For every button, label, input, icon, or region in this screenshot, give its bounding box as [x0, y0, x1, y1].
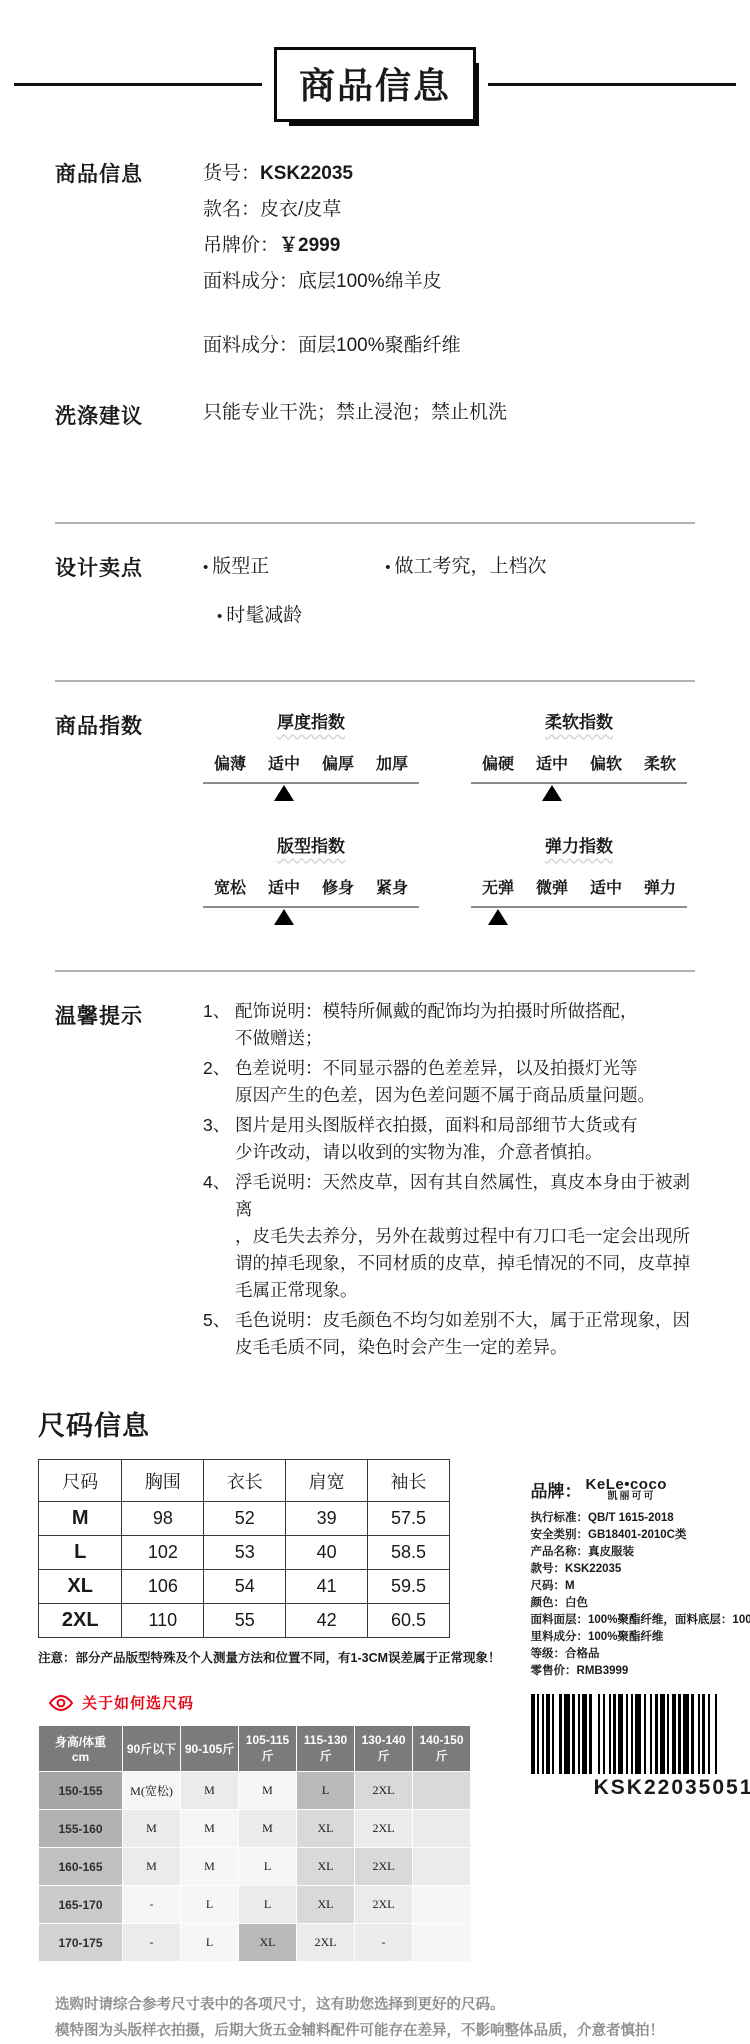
size-table-cell: 54 [204, 1570, 286, 1604]
brand-logo: KeLe•coco 凯丽可可 [586, 1477, 667, 1502]
design-bullets-row: •时髦减龄 [217, 599, 695, 634]
size-table-row: M98523957.5 [39, 1502, 450, 1536]
index-scale-option: 偏厚 [311, 751, 365, 774]
size-table-cell: 42 [286, 1604, 368, 1638]
guide-cell: - [355, 1924, 413, 1962]
index-scale-labels: 偏薄适中偏厚加厚 [203, 751, 419, 774]
guide-row-header: 170-175 [39, 1924, 123, 1962]
guide-header-cell: 105-115斤 [239, 1726, 297, 1772]
spec-line: 零售价：RMB3999 [531, 1663, 750, 1680]
guide-header-cell: 90斤以下 [123, 1726, 181, 1772]
index-marker-triangle-icon [274, 785, 294, 801]
tip-text-line: 不做赠送； [235, 1025, 695, 1052]
design-bullet: •做工考究，上档次 [385, 550, 546, 585]
size-table-cell: 102 [122, 1536, 204, 1570]
guide-cell: 2XL [355, 1848, 413, 1886]
guide-header-cell: 130-140斤 [355, 1726, 413, 1772]
guide-cell: M [181, 1810, 239, 1848]
barcode-bars [531, 1694, 750, 1774]
header-rule-right [488, 83, 736, 86]
size-table-cell: 2XL [39, 1604, 122, 1638]
tip-text-line: 原因产生的色差，因为色差问题不属于商品质量问题。 [235, 1082, 695, 1109]
size-table-cell: 39 [286, 1502, 368, 1536]
index-group: 柔软指数偏硬适中偏软柔软 [471, 708, 687, 806]
design-points-label: 设计卖点 [55, 550, 203, 634]
index-scale-option: 适中 [525, 751, 579, 774]
index-scale-option: 无弹 [471, 875, 525, 898]
spec-line: 颜色：白色 [531, 1595, 750, 1612]
guide-cell: M [123, 1810, 181, 1848]
spec-line: 里料成分：100%聚酯纤维 [531, 1629, 750, 1646]
guide-cell: L [181, 1924, 239, 1962]
tip-item: 4、浮毛说明：天然皮草，因有其自然属性，真皮本身由于被剥离，皮毛失去养分，另外在… [203, 1169, 695, 1304]
tip-text-line: 毛色说明：皮毛颜色不均匀如差别不大，属于正常现象，因 [235, 1307, 695, 1334]
guide-row-header: 160-165 [39, 1848, 123, 1886]
divider [55, 970, 695, 972]
tip-text-line: 皮毛毛质不同，染色时会产生一定的差异。 [235, 1334, 695, 1361]
size-table-cell: 55 [204, 1604, 286, 1638]
tip-number: 5、 [203, 1307, 235, 1361]
index-scale: 偏硬适中偏软柔软 [471, 751, 687, 806]
tip-text-line: 谓的掉毛现象，不同材质的皮草，掉毛情况的不同，皮草掉 [235, 1250, 695, 1277]
guide-cell: 2XL [355, 1886, 413, 1924]
tip-number: 2、 [203, 1055, 235, 1109]
size-table-header-cell: 胸围 [122, 1460, 204, 1502]
guide-cell: 2XL [355, 1810, 413, 1848]
section-tips: 温馨提示 1、配饰说明：模特所佩戴的配饰均为拍摄时所做搭配，不做赠送；2、色差说… [0, 998, 750, 1364]
product-info-row: 货号：KSK22035 [203, 156, 695, 192]
tip-text-line: 色差说明：不同显示器的色差差异，以及拍摄灯光等 [235, 1055, 695, 1082]
index-group-title: 柔软指数 [471, 708, 687, 733]
index-scale-option: 偏软 [579, 751, 633, 774]
index-scale-option: 宽松 [203, 875, 257, 898]
field-value: 底层100%绵羊皮 [298, 271, 442, 292]
index-scale-option: 加厚 [365, 751, 419, 774]
guide-cell [413, 1810, 471, 1848]
index-scale-option: 适中 [257, 751, 311, 774]
section-indexes: 商品指数 厚度指数偏薄适中偏厚加厚柔软指数偏硬适中偏软柔软版型指数宽松适中修身紧… [0, 708, 750, 930]
index-scale-option: 适中 [579, 875, 633, 898]
section-washing: 洗涤建议 只能专业干洗；禁止浸泡；禁止机洗 [0, 398, 750, 430]
index-group: 版型指数宽松适中修身紧身 [203, 832, 419, 930]
size-table-cell: 106 [122, 1570, 204, 1604]
size-and-brand-area: 尺码胸围衣长肩宽袖长M98523957.5L102534058.5XL10654… [0, 1459, 750, 1962]
field-value: 面层100%聚酯纤维 [298, 335, 461, 356]
guide-cell: - [123, 1924, 181, 1962]
guide-cell: L [297, 1772, 355, 1810]
tip-text: 色差说明：不同显示器的色差差异，以及拍摄灯光等原因产生的色差，因为色差问题不属于… [235, 1055, 695, 1109]
spec-line: 款号：KSK22035 [531, 1561, 750, 1578]
index-scale-option: 偏薄 [203, 751, 257, 774]
guide-row: 160-165MMLXL2XL [39, 1848, 471, 1886]
brand-label: 品牌： [531, 1477, 582, 1502]
washing-label: 洗涤建议 [55, 398, 203, 430]
guide-cell [413, 1772, 471, 1810]
guide-cell: L [181, 1886, 239, 1924]
size-table-header-cell: 肩宽 [286, 1460, 368, 1502]
size-table-cell: 98 [122, 1502, 204, 1536]
guide-header-cell: 140-150斤 [413, 1726, 471, 1772]
size-table-cell: 60.5 [368, 1604, 450, 1638]
how-to-choose-size-label: 关于如何选尺码 [82, 1692, 194, 1713]
indexes-label: 商品指数 [55, 708, 203, 930]
spec-line: 产品名称：真皮服装 [531, 1544, 750, 1561]
spec-line: 尺码：M [531, 1578, 750, 1595]
page-header: 商品信息 [0, 38, 750, 130]
section-product-info: 商品信息 货号：KSK22035款名：皮衣/皮草吊牌价：￥2999面料成分：底层… [0, 156, 750, 364]
size-info-heading: 尺码信息 [0, 1404, 750, 1443]
index-group-title-text: 厚度指数 [277, 713, 345, 732]
design-bullet-text: 时髦减龄 [226, 605, 302, 626]
guide-cell: M [181, 1848, 239, 1886]
tip-text: 配饰说明：模特所佩戴的配饰均为拍摄时所做搭配，不做赠送； [235, 998, 695, 1052]
index-group-title-text: 柔软指数 [545, 713, 613, 732]
field-value: KSK22035 [260, 163, 353, 184]
size-table-cell: XL [39, 1570, 122, 1604]
header-rule-left [14, 83, 262, 86]
tip-text: 图片是用头图版样衣拍摄，面料和局部细节大货或有少许改动，请以收到的实物为准，介意… [235, 1112, 695, 1166]
tips-label: 温馨提示 [55, 998, 203, 1364]
guide-cell: M(宽松) [123, 1772, 181, 1810]
bullet-dot-icon: • [385, 559, 390, 576]
index-group-title: 弹力指数 [471, 832, 687, 857]
tip-text: 毛色说明：皮毛颜色不均匀如差别不大，属于正常现象，因皮毛毛质不同，染色时会产生一… [235, 1307, 695, 1361]
index-scale-line [203, 906, 419, 908]
size-selection-guide-table: 身高/体重 cm90斤以下90-105斤105-115斤115-130斤130-… [38, 1725, 471, 1962]
product-info-row: 面料成分：底层100%绵羊皮 [203, 264, 695, 300]
tip-text-line: 毛属正常现象。 [235, 1277, 695, 1304]
section-design-points: 设计卖点 •版型正•做工考究，上档次•时髦减龄 [0, 550, 750, 634]
tips-list: 1、配饰说明：模特所佩戴的配饰均为拍摄时所做搭配，不做赠送；2、色差说明：不同显… [203, 998, 695, 1364]
bullet-dot-icon: • [203, 559, 208, 576]
guide-row: 155-160MMMXL2XL [39, 1810, 471, 1848]
size-table-header-cell: 衣长 [204, 1460, 286, 1502]
how-to-choose-size-link[interactable]: 关于如何选尺码 [48, 1692, 501, 1713]
field-label: 吊牌价： [203, 235, 279, 256]
guide-row: 170-175-LXL2XL- [39, 1924, 471, 1962]
guide-header-cell: 90-105斤 [181, 1726, 239, 1772]
spec-line: 等级：合格品 [531, 1646, 750, 1663]
guide-row: 165-170-LLXL2XL [39, 1886, 471, 1924]
barcode-number: KSK22035051 [531, 1776, 750, 1800]
index-group-title: 版型指数 [203, 832, 419, 857]
index-scale-option: 柔软 [633, 751, 687, 774]
index-scale-line [203, 782, 419, 784]
index-scale-labels: 宽松适中修身紧身 [203, 875, 419, 898]
guide-header-row: 身高/体重 cm90斤以下90-105斤105-115斤115-130斤130-… [39, 1726, 471, 1772]
field-value: 皮衣/皮草 [260, 199, 341, 220]
guide-cell: M [239, 1810, 297, 1848]
index-scale-line [471, 906, 687, 908]
washing-text: 只能专业干洗；禁止浸泡；禁止机洗 [203, 398, 695, 430]
eye-icon [48, 1694, 74, 1712]
index-marker-triangle-icon [542, 785, 562, 801]
guide-cell [413, 1886, 471, 1924]
size-table-row: XL106544159.5 [39, 1570, 450, 1604]
index-scale: 无弹微弹适中弹力 [471, 875, 687, 930]
tip-text-line: 配饰说明：模特所佩戴的配饰均为拍摄时所做搭配， [235, 998, 695, 1025]
guide-row-header: 150-155 [39, 1772, 123, 1810]
index-scale-labels: 无弹微弹适中弹力 [471, 875, 687, 898]
design-bullet: •时髦减龄 [217, 599, 302, 634]
design-bullet: •版型正 [203, 550, 269, 585]
size-table-cell: L [39, 1536, 122, 1570]
size-table-cell: 40 [286, 1536, 368, 1570]
index-scale-option: 弹力 [633, 875, 687, 898]
spec-line: 面料面层：100%聚酯纤维，面料底层：100%绵羊皮 [531, 1612, 750, 1629]
field-value: ￥2999 [279, 235, 340, 256]
guide-cell: XL [297, 1810, 355, 1848]
size-table-cell: 52 [204, 1502, 286, 1536]
field-label: 面料成分： [203, 271, 298, 292]
index-scale-line [471, 782, 687, 784]
product-info-row: 款名：皮衣/皮草 [203, 192, 695, 228]
index-scale: 偏薄适中偏厚加厚 [203, 751, 419, 806]
guide-cell: - [123, 1886, 181, 1924]
guide-cell: XL [297, 1848, 355, 1886]
index-marker-triangle-icon [274, 909, 294, 925]
tip-number: 4、 [203, 1169, 235, 1304]
index-group-title-text: 弹力指数 [545, 837, 613, 856]
guide-row-header: 165-170 [39, 1886, 123, 1924]
tip-number: 3、 [203, 1112, 235, 1166]
tip-item: 3、图片是用头图版样衣拍摄，面料和局部细节大货或有少许改动，请以收到的实物为准，… [203, 1112, 695, 1166]
product-info-row: 面料成分：面层100%聚酯纤维 [203, 328, 695, 364]
size-table-header-row: 尺码胸围衣长肩宽袖长 [39, 1460, 450, 1502]
product-info-label: 商品信息 [55, 156, 203, 364]
design-bullets-row: •版型正•做工考究，上档次 [203, 550, 695, 585]
tip-item: 1、配饰说明：模特所佩戴的配饰均为拍摄时所做搭配，不做赠送； [203, 998, 695, 1052]
brand-panel: 品牌： KeLe•coco 凯丽可可 执行标准：QB/T 1615-2018安全… [501, 1459, 750, 1962]
barcode: KSK22035051 [531, 1694, 750, 1800]
index-scale-option: 偏硬 [471, 751, 525, 774]
size-table-row: 2XL110554260.5 [39, 1604, 450, 1638]
index-scale-labels: 偏硬适中偏软柔软 [471, 751, 687, 774]
spec-line: 执行标准：QB/T 1615-2018 [531, 1510, 750, 1527]
size-table-cell: 57.5 [368, 1502, 450, 1536]
index-scale-option: 微弹 [525, 875, 579, 898]
size-table-cell: M [39, 1502, 122, 1536]
product-detail-page: 商品信息 商品信息 货号：KSK22035款名：皮衣/皮草吊牌价：￥2999面料… [0, 0, 750, 2044]
spec-list: 执行标准：QB/T 1615-2018安全类别：GB18401-2010C类产品… [531, 1510, 750, 1680]
guide-header-cell: 115-130斤 [297, 1726, 355, 1772]
guide-cell [413, 1924, 471, 1962]
product-info-row: 吊牌价：￥2999 [203, 228, 695, 264]
guide-cell: M [123, 1848, 181, 1886]
guide-cell: XL [297, 1886, 355, 1924]
guide-row-header: 155-160 [39, 1810, 123, 1848]
size-table-cell: 53 [204, 1536, 286, 1570]
guide-cell: M [239, 1772, 297, 1810]
guide-cell: L [239, 1848, 297, 1886]
guide-cell [413, 1848, 471, 1886]
size-table: 尺码胸围衣长肩宽袖长M98523957.5L102534058.5XL10654… [38, 1459, 450, 1638]
indexes-grid: 厚度指数偏薄适中偏厚加厚柔软指数偏硬适中偏软柔软版型指数宽松适中修身紧身弹力指数… [203, 708, 695, 930]
guide-cell: 2XL [297, 1924, 355, 1962]
footer-line: 模特图为头版样衣拍摄，后期大货五金辅料配件可能存在差异，不影响整体品质，介意者慎… [55, 2018, 695, 2044]
footer-notes: 选购时请综合参考尺寸表中的各项尺寸，这有助您选择到更好的尺码。 模特图为头版样衣… [0, 1992, 750, 2044]
index-scale-option: 紧身 [365, 875, 419, 898]
size-table-cell: 110 [122, 1604, 204, 1638]
guide-cell: XL [239, 1924, 297, 1962]
bullet-dot-icon: • [217, 608, 222, 625]
divider [55, 522, 695, 524]
tip-text-line: 浮毛说明：天然皮草，因有其自然属性，真皮本身由于被剥离 [235, 1169, 695, 1223]
design-points-list: •版型正•做工考究，上档次•时髦减龄 [203, 550, 695, 634]
index-scale-option: 修身 [311, 875, 365, 898]
index-marker-triangle-icon [488, 909, 508, 925]
size-table-cell: 41 [286, 1570, 368, 1604]
field-label: 款名： [203, 199, 260, 220]
guide-cell: L [239, 1886, 297, 1924]
size-table-cell: 58.5 [368, 1536, 450, 1570]
size-table-cell: 59.5 [368, 1570, 450, 1604]
size-column: 尺码胸围衣长肩宽袖长M98523957.5L102534058.5XL10654… [38, 1459, 501, 1962]
spec-line: 安全类别：GB18401-2010C类 [531, 1527, 750, 1544]
guide-cell: 2XL [355, 1772, 413, 1810]
brand-row: 品牌： KeLe•coco 凯丽可可 [531, 1477, 750, 1502]
field-label: 货号： [203, 163, 260, 184]
size-table-note: 注意：部分产品版型特殊及个人测量方法和位置不同，有1-3CM误差属于正常现象！ [38, 1648, 501, 1666]
tip-text-line: 图片是用头图版样衣拍摄，面料和局部细节大货或有 [235, 1112, 695, 1139]
tip-item: 2、色差说明：不同显示器的色差差异，以及拍摄灯光等原因产生的色差，因为色差问题不… [203, 1055, 695, 1109]
product-info-rows: 货号：KSK22035款名：皮衣/皮草吊牌价：￥2999面料成分：底层100%绵… [203, 156, 695, 364]
index-scale-option: 适中 [257, 875, 311, 898]
guide-header-cell: 身高/体重 cm [39, 1726, 123, 1772]
page-title: 商品信息 [274, 47, 476, 122]
size-table-header-cell: 尺码 [39, 1460, 122, 1502]
index-group-title-text: 版型指数 [277, 837, 345, 856]
index-group-title: 厚度指数 [203, 708, 419, 733]
guide-cell: M [181, 1772, 239, 1810]
tip-text-line: 少许改动，请以收到的实物为准，介意者慎拍。 [235, 1139, 695, 1166]
tip-item: 5、毛色说明：皮毛颜色不均匀如差别不大，属于正常现象，因皮毛毛质不同，染色时会产… [203, 1307, 695, 1361]
index-group: 厚度指数偏薄适中偏厚加厚 [203, 708, 419, 806]
design-bullet-text: 版型正 [212, 556, 269, 577]
design-bullet-text: 做工考究，上档次 [395, 556, 547, 577]
index-group: 弹力指数无弹微弹适中弹力 [471, 832, 687, 930]
tip-text: 浮毛说明：天然皮草，因有其自然属性，真皮本身由于被剥离，皮毛失去养分，另外在裁剪… [235, 1169, 695, 1304]
footer-line: 选购时请综合参考尺寸表中的各项尺寸，这有助您选择到更好的尺码。 [55, 1992, 695, 2018]
brand-name: KeLe•coco [586, 1477, 667, 1492]
size-table-header-cell: 袖长 [368, 1460, 450, 1502]
brand-subname: 凯丽可可 [608, 1492, 667, 1502]
guide-row: 150-155M(宽松)MML2XL [39, 1772, 471, 1810]
index-scale: 宽松适中修身紧身 [203, 875, 419, 930]
size-table-row: L102534058.5 [39, 1536, 450, 1570]
tip-number: 1、 [203, 998, 235, 1052]
field-label: 面料成分： [203, 335, 298, 356]
tip-text-line: ，皮毛失去养分，另外在裁剪过程中有刀口毛一定会出现所 [235, 1223, 695, 1250]
divider [55, 680, 695, 682]
barcode-bar [717, 1694, 721, 1774]
